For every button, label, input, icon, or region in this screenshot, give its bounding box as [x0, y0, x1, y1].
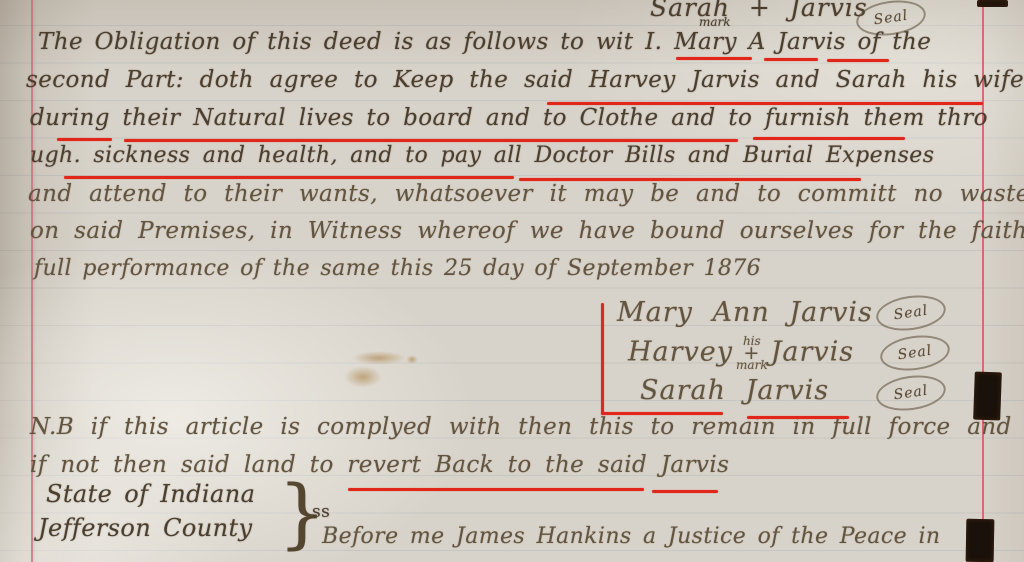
red-underline: [57, 138, 112, 141]
officer-line: Before me James Hankins a Justice of the…: [322, 524, 940, 549]
handwriting-line: and attend to their wants, whatsoever it…: [28, 181, 1024, 207]
red-underline: [519, 178, 861, 181]
seal-flourish: Seal: [874, 291, 948, 334]
handwriting-line: The Obligation of this deed is as follow…: [38, 29, 931, 55]
seal-label: Seal: [893, 383, 930, 404]
red-underline: [547, 102, 983, 105]
handwriting-line: on said Premises, in Witness whereof we …: [30, 218, 1024, 244]
scanned-deed-page: Sarah + Jarvis mark Seal The Obligation …: [0, 0, 1024, 562]
black-tape-mark: [973, 372, 1002, 421]
ss-label: ss: [312, 503, 330, 523]
handwriting-line: during their Natural lives to board and …: [30, 105, 988, 131]
rust-stain: [406, 355, 418, 364]
signature-name: Jarvis: [771, 337, 855, 368]
signature-name: Harvey: [628, 337, 733, 368]
seal-flourish: Seal: [878, 331, 952, 374]
seal-flourish: Seal: [874, 371, 948, 414]
red-underline: [827, 59, 889, 62]
signature-name: Sarah Jarvis: [640, 375, 829, 406]
signature-name: Sarah + Jarvis: [650, 0, 868, 22]
state-line: State of Indiana: [46, 481, 255, 509]
signature-sarah-jarvis: Sarah Jarvis: [640, 375, 829, 406]
his-mark-stack: his+mark: [736, 336, 768, 370]
seal-label: Seal: [897, 343, 934, 364]
county-line: Jefferson County: [38, 515, 252, 543]
black-tape-mark: [966, 519, 995, 562]
handwriting-line: full performance of the same this 25 day…: [34, 256, 761, 281]
black-tape-mark: [977, 0, 1008, 7]
red-bracket-horizontal: [601, 412, 723, 415]
red-underline: [747, 416, 849, 419]
rust-stain: [344, 366, 382, 388]
his-mark-note: mark: [736, 360, 768, 370]
red-underline: [348, 488, 644, 491]
handwriting-line: second Part: doth agree to Keep the said…: [26, 67, 1024, 93]
handwriting-line: N.B if this article is complyed with the…: [30, 414, 1012, 440]
red-bracket-vertical: [601, 303, 604, 415]
signature-mary-ann-jarvis: Mary Ann Jarvis: [617, 297, 873, 328]
signature-harvey-jarvis: Harveyhis+markJarvis: [628, 336, 854, 370]
rust-stain: [352, 351, 406, 365]
top-signature-line: Sarah + Jarvis: [650, 0, 868, 23]
seal-label: Seal: [873, 8, 910, 29]
signature-name: Mary Ann Jarvis: [617, 297, 873, 328]
red-underline: [124, 139, 738, 142]
handwriting-line: if not then said land to revert Back to …: [30, 452, 729, 478]
red-underline: [652, 490, 718, 493]
red-underline: [676, 57, 752, 60]
handwriting-line: ugh. sickness and health, and to pay all…: [30, 143, 934, 168]
red-underline: [64, 176, 514, 179]
seal-label: Seal: [893, 303, 930, 324]
red-underline: [753, 137, 905, 140]
his-mark-note: mark: [699, 17, 731, 27]
red-underline: [764, 58, 818, 61]
